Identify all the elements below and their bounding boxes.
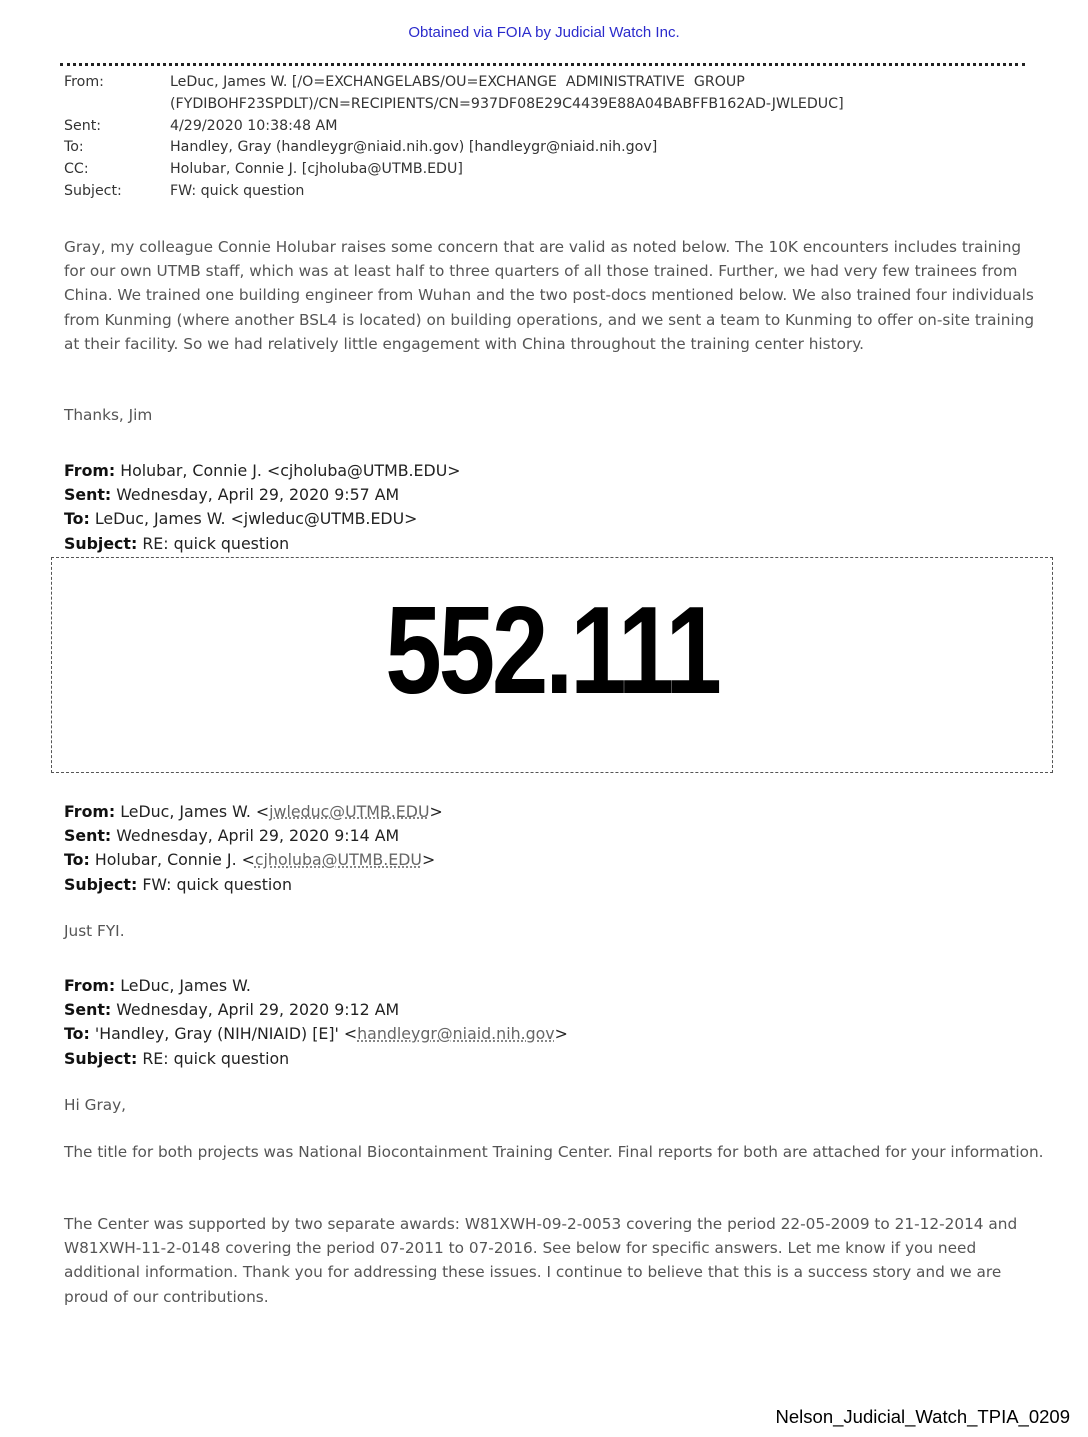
m3-to-end: > xyxy=(422,850,435,869)
message4-greeting: Hi Gray, xyxy=(64,1093,1044,1117)
sent-label: Sent: xyxy=(64,116,170,138)
message4-para1: The title for both projects was National… xyxy=(64,1140,1044,1164)
m2-from-label: From: xyxy=(64,461,115,480)
m2-subject-label: Subject: xyxy=(64,534,137,553)
m2-to: LeDuc, James W. <jwleduc@UTMB.EDU> xyxy=(90,509,418,528)
m4-sent-label: Sent: xyxy=(64,1000,111,1019)
m3-to: Holubar, Connie J. < xyxy=(90,850,255,869)
to-value: Handley, Gray (handleygr@niaid.nih.gov) … xyxy=(170,137,657,159)
cc-value: Holubar, Connie J. [cjholuba@UTMB.EDU] xyxy=(170,159,463,181)
m2-subject: RE: quick question xyxy=(137,534,289,553)
redaction-code: 552.111 xyxy=(142,580,962,722)
m3-sent: Wednesday, April 29, 2020 9:14 AM xyxy=(111,826,399,845)
from-value-cont: (FYDIBOHF23SPDLT)/CN=RECIPIENTS/CN=937DF… xyxy=(170,94,844,116)
m3-from: LeDuc, James W. < xyxy=(115,802,269,821)
redaction-box: 552.111 xyxy=(51,557,1053,773)
message4-header: From: LeDuc, James W. Sent: Wednesday, A… xyxy=(64,974,568,1071)
m3-from-end: > xyxy=(430,802,443,821)
foia-banner: Obtained via FOIA by Judicial Watch Inc. xyxy=(0,24,1088,41)
m4-from-label: From: xyxy=(64,976,115,995)
m3-to-label: To: xyxy=(64,850,90,869)
m2-sent-label: Sent: xyxy=(64,485,111,504)
email-header: From:LeDuc, James W. [/O=EXCHANGELABS/OU… xyxy=(64,72,844,203)
to-label: To: xyxy=(64,137,170,159)
m2-to-label: To: xyxy=(64,509,90,528)
m4-to-email-link[interactable]: handleygr@niaid.nih.gov xyxy=(357,1024,555,1043)
m4-to-end: > xyxy=(555,1024,568,1043)
message3-header: From: LeDuc, James W. <jwleduc@UTMB.EDU>… xyxy=(64,800,443,897)
subject-value: FW: quick question xyxy=(170,181,304,203)
cc-label: CC: xyxy=(64,159,170,181)
m4-subject-label: Subject: xyxy=(64,1049,137,1068)
m3-subject: FW: quick question xyxy=(137,875,292,894)
m3-to-email-link[interactable]: cjholuba@UTMB.EDU xyxy=(255,850,422,869)
from-label: From: xyxy=(64,72,170,94)
m3-from-email-link[interactable]: jwleduc@UTMB.EDU xyxy=(269,802,429,821)
m2-sent: Wednesday, April 29, 2020 9:57 AM xyxy=(111,485,399,504)
header-divider xyxy=(60,63,1025,66)
m4-sent: Wednesday, April 29, 2020 9:12 AM xyxy=(111,1000,399,1019)
m4-subject: RE: quick question xyxy=(137,1049,289,1068)
message1-signoff: Thanks, Jim xyxy=(64,403,1044,427)
message1-body: Gray, my colleague Connie Holubar raises… xyxy=(64,235,1044,356)
bates-number: Nelson_Judicial_Watch_TPIA_0209 xyxy=(776,1406,1070,1428)
from-value: LeDuc, James W. [/O=EXCHANGELABS/OU=EXCH… xyxy=(170,72,745,94)
message3-body: Just FYI. xyxy=(64,919,1044,943)
m4-from: LeDuc, James W. xyxy=(115,976,251,995)
m3-from-label: From: xyxy=(64,802,115,821)
sent-value: 4/29/2020 10:38:48 AM xyxy=(170,116,337,138)
m3-sent-label: Sent: xyxy=(64,826,111,845)
message4-para2: The Center was supported by two separate… xyxy=(64,1212,1044,1309)
subject-label: Subject: xyxy=(64,181,170,203)
m4-to: 'Handley, Gray (NIH/NIAID) [E]' < xyxy=(90,1024,357,1043)
message2-header: From: Holubar, Connie J. <cjholuba@UTMB.… xyxy=(64,459,461,556)
m3-subject-label: Subject: xyxy=(64,875,137,894)
m4-to-label: To: xyxy=(64,1024,90,1043)
m2-from: Holubar, Connie J. <cjholuba@UTMB.EDU> xyxy=(115,461,460,480)
